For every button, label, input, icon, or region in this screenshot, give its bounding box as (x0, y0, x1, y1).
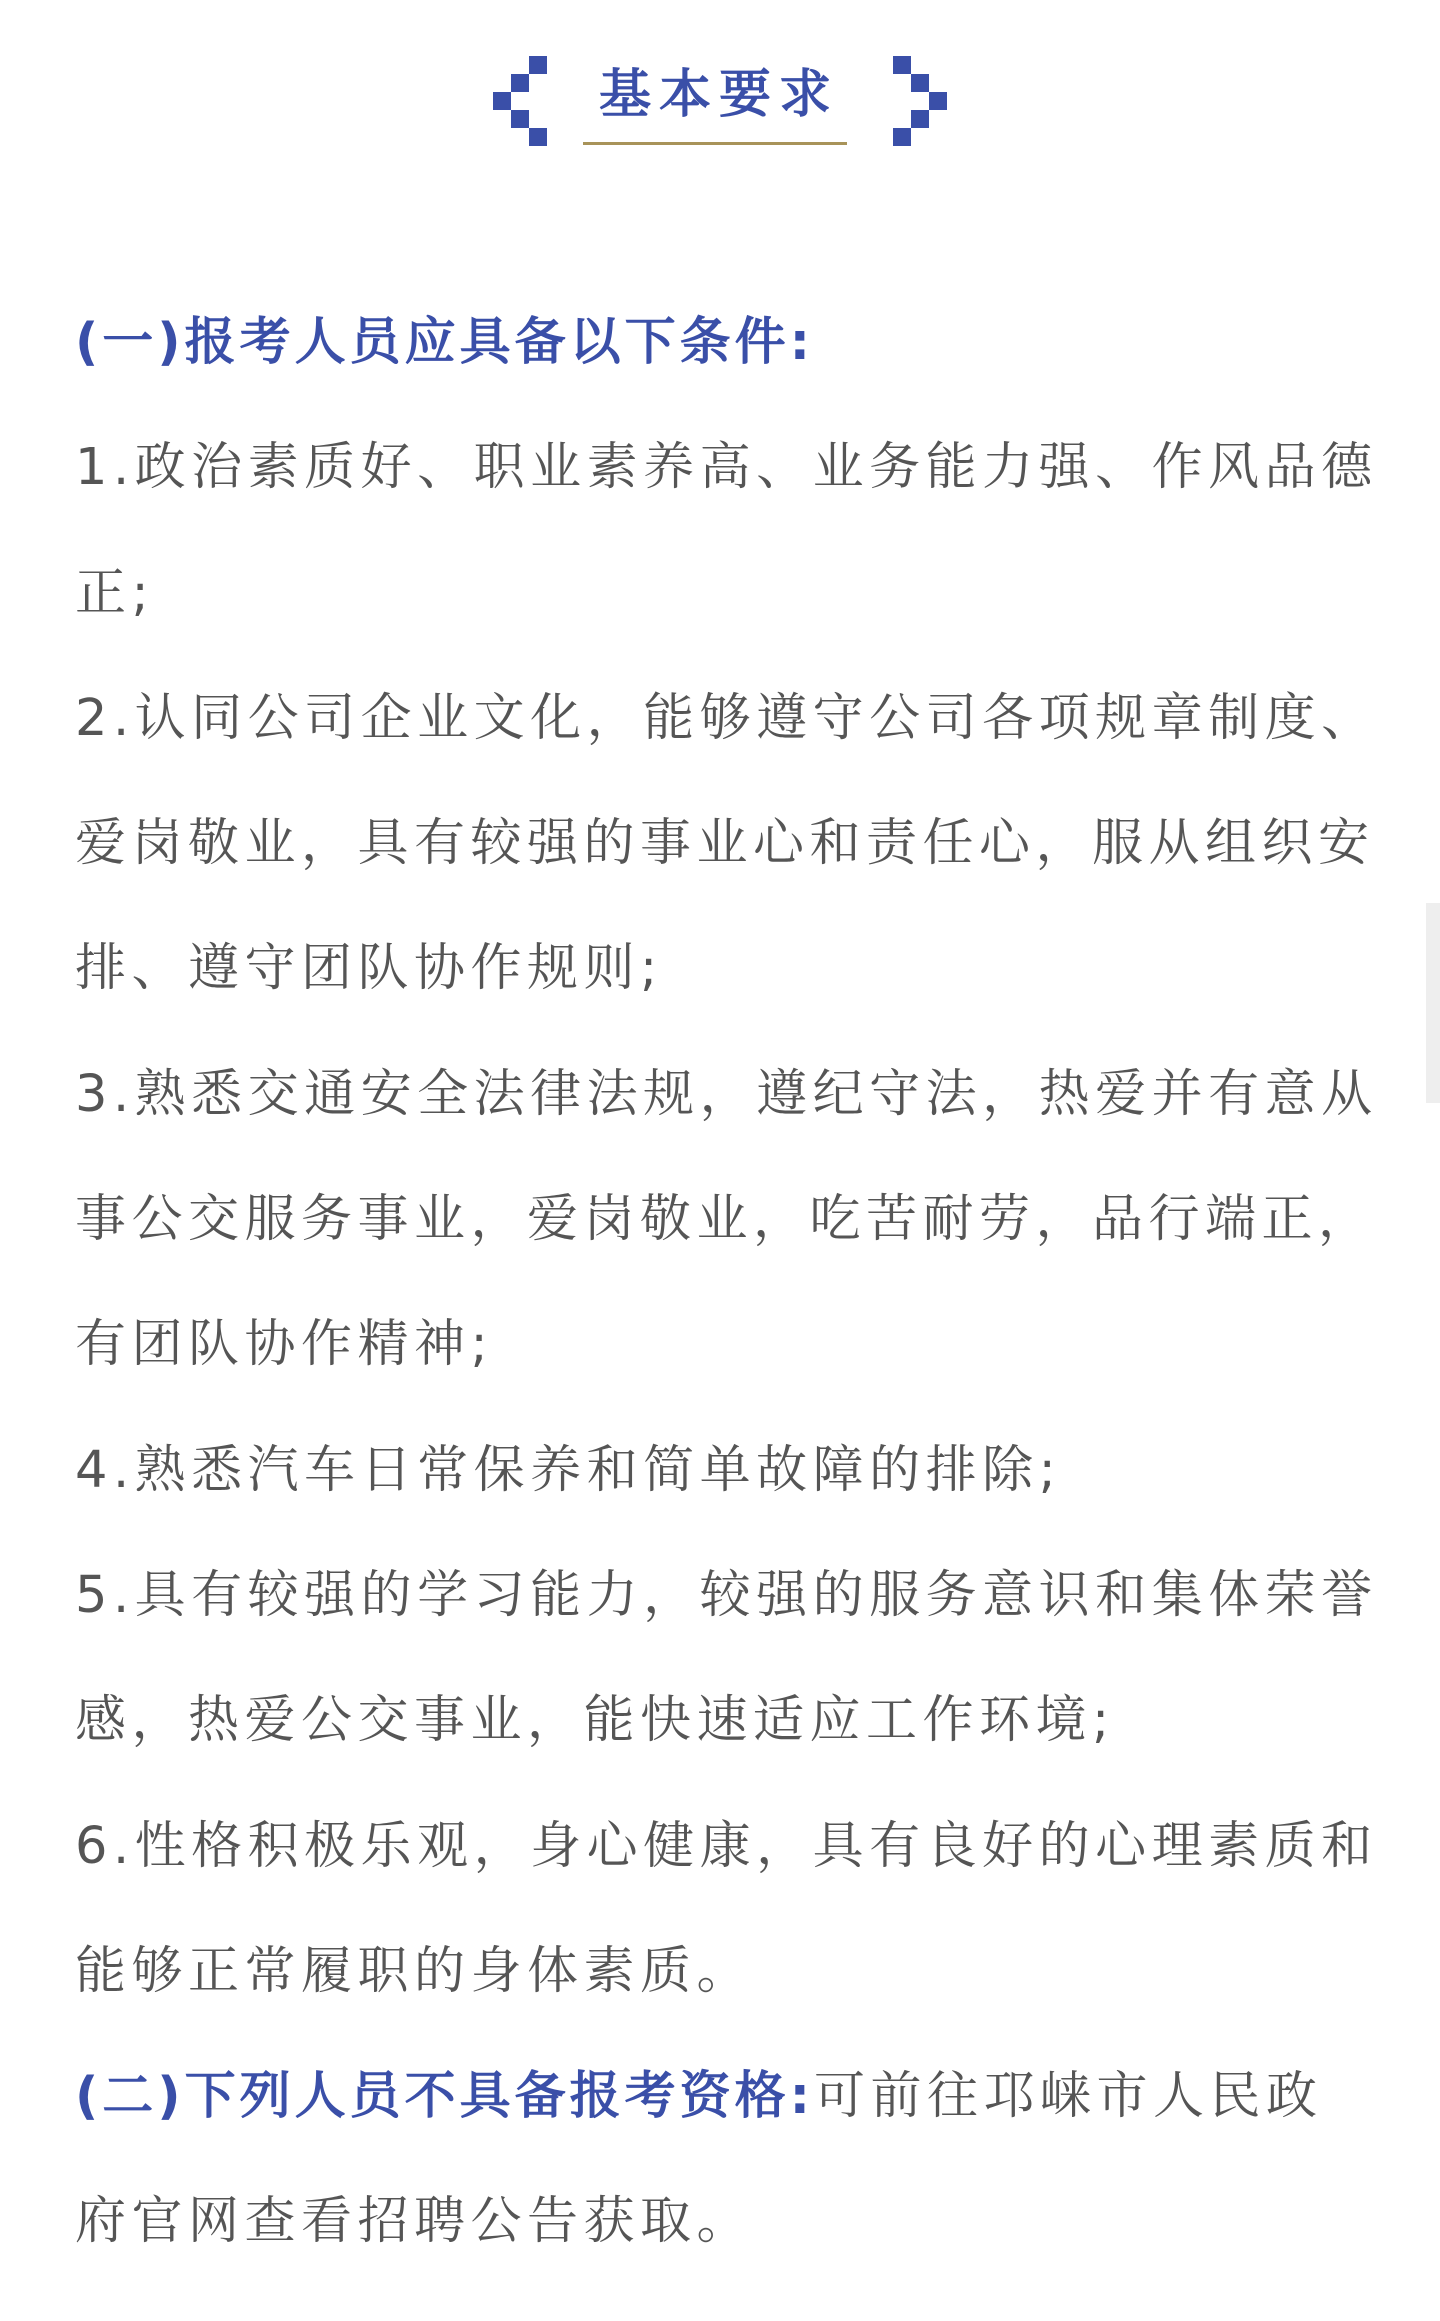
requirement-line: 6.性格积极乐观，身心健康，具有良好的心理素质和 (75, 1784, 1395, 1909)
requirement-line: 1.政治素质好、职业素养高、业务能力强、作风品德 (75, 405, 1395, 530)
requirement-line: 感，热爱公交事业，能快速适应工作环境; (75, 1658, 1395, 1783)
ornament-square (511, 74, 529, 92)
ornament-square (493, 92, 511, 110)
ornament-square (911, 74, 929, 92)
ornament-square (511, 110, 529, 128)
ornament-square (529, 128, 547, 146)
pixel-chevron-left-icon (493, 56, 547, 146)
requirement-line: 正; (75, 531, 1395, 656)
ornament-square (929, 92, 947, 110)
subheading-ineligibility: (二)下列人员不具备报考资格: (75, 2067, 814, 2126)
ornament-square (893, 56, 911, 74)
ornament-square (911, 110, 929, 128)
requirement-line: 能够正常履职的身体素质。 (75, 1909, 1395, 2034)
requirement-line: 2.认同公司企业文化，能够遵守公司各项规章制度、 (75, 656, 1395, 781)
title-underline (583, 142, 847, 145)
requirement-line: 排、遵守团队协作规则; (75, 906, 1395, 1031)
requirement-line: 有团队协作精神; (75, 1282, 1395, 1407)
section-title-banner: 基本要求 (0, 0, 1440, 170)
subheading-eligibility: (一)报考人员应具备以下条件: (75, 280, 1395, 405)
requirements-content: (一)报考人员应具备以下条件: 1.政治素质好、职业素养高、业务能力强、作风品德… (75, 280, 1395, 2285)
requirement-line: 3.熟悉交通安全法律法规，遵纪守法，热爱并有意从 (75, 1032, 1395, 1157)
ornament-square (529, 56, 547, 74)
scrollbar-thumb[interactable] (1426, 903, 1440, 1103)
requirement-line: 事公交服务事业，爱岗敬业，吃苦耐劳，品行端正， (75, 1157, 1395, 1282)
ineligibility-note-continued: 府官网查看招聘公告获取。 (75, 2159, 1395, 2284)
ineligibility-note: 可前往邛崃市人民政 (814, 2067, 1323, 2126)
section-title: 基本要求 (583, 62, 847, 128)
requirement-line: 5.具有较强的学习能力，较强的服务意识和集体荣誉 (75, 1533, 1395, 1658)
requirement-line: 4.熟悉汽车日常保养和简单故障的排除; (75, 1408, 1395, 1533)
requirement-line: 爱岗敬业，具有较强的事业心和责任心，服从组织安 (75, 781, 1395, 906)
ornament-square (893, 128, 911, 146)
pixel-chevron-right-icon (893, 56, 947, 146)
ineligibility-line: (二)下列人员不具备报考资格:可前往邛崃市人民政 (75, 2034, 1395, 2159)
